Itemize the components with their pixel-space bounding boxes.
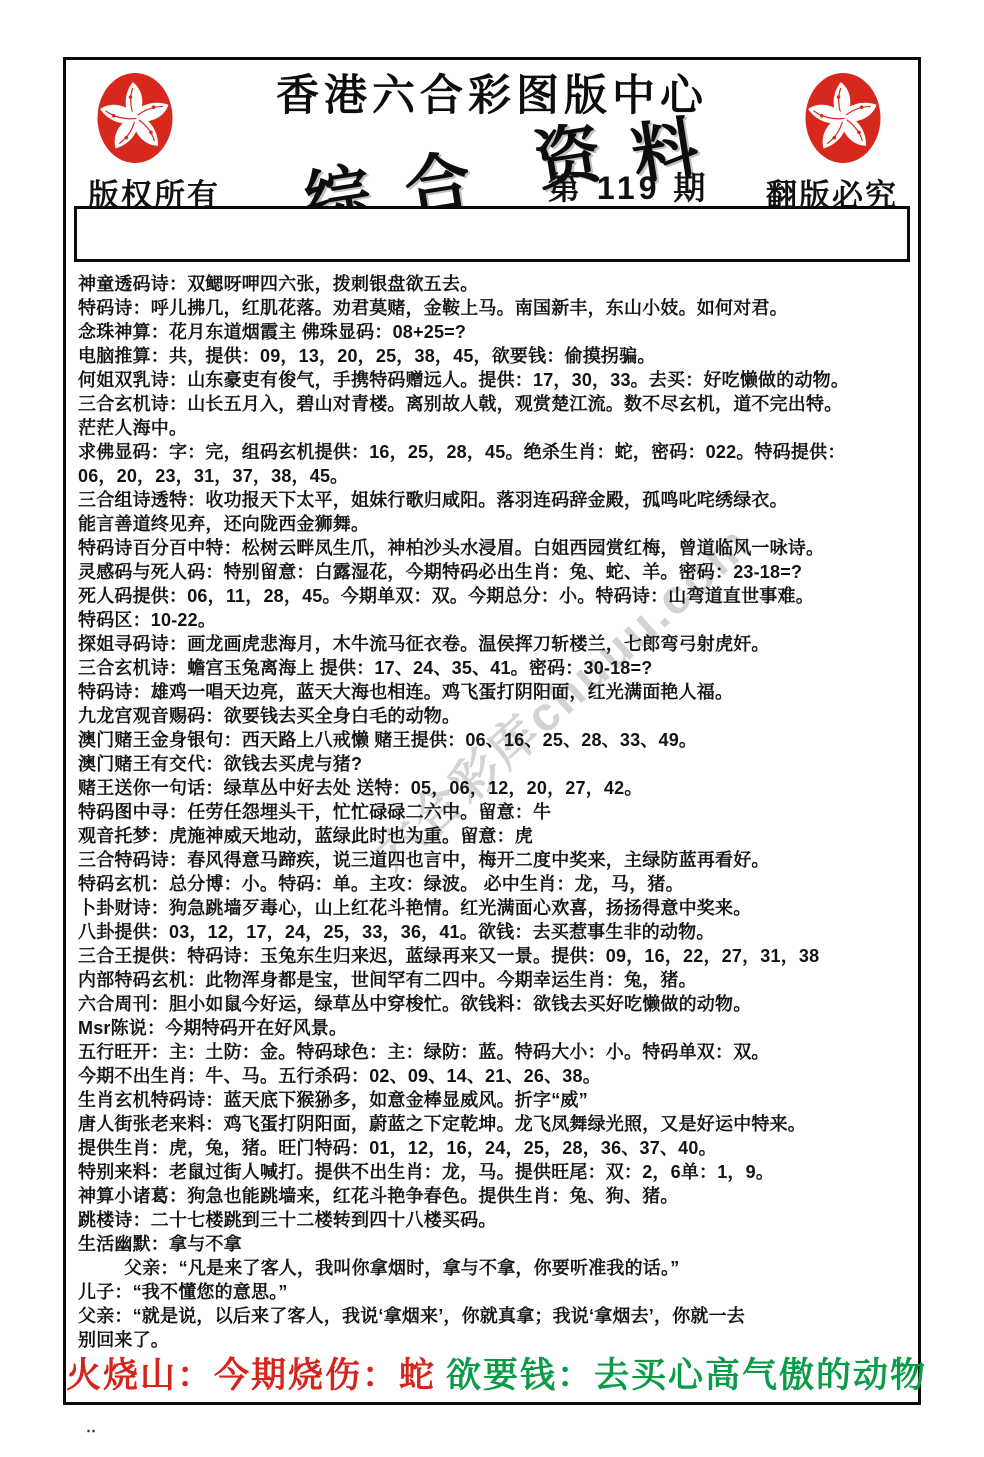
body-line: 电脑推算：共，提供：09，13，20，25，38，45，欲要钱：偷摸拐骗。 [78, 344, 910, 368]
body-line: 澳门赌王金身银句：西天路上八戒懒 赌王提供：06、16、25、28、33、49。 [78, 728, 910, 752]
body-line: 观音托梦：虎施神威天地动，蓝绿此时也为重。留意：虎 [78, 824, 910, 848]
body-line: 提供生肖：虎，兔，猪。旺门特码：01，12，16，24，25，28，36、37、… [78, 1136, 910, 1160]
body-line: 死人码提供：06，11，28，45。今期单双：双。今期总分：小。特码诗：山弯道直… [78, 584, 910, 608]
body-line: 茫茫人海中。 [78, 416, 910, 440]
body-line: 唐人街张老来料：鸡飞蛋打阴阳面，蔚蓝之下定乾坤。龙飞凤舞绿光照，又是好运中特来。 [78, 1112, 910, 1136]
body-line: 特码玄机：总分博：小。特码：单。主攻：绿波。 必中生肖：龙，马，猪。 [78, 872, 910, 896]
blank-results-box [74, 206, 910, 262]
body-line: 今期不出生肖：牛、马。五行杀码：02、09、14、21、26、38。 [78, 1064, 910, 1088]
body-line: 特码诗：呼儿拂几，红肌花落。劝君莫赌，金鞍上马。南国新丰，东山小妓。如何对君。 [78, 296, 910, 320]
body-line: 三合组诗透特：收功报天下太平，姐妹行歌归咸阳。落羽连码辞金殿，孤鸣叱咤绣绿衣。 [78, 488, 910, 512]
body-line: 06，20，23，31，37，38，45。 [78, 464, 910, 488]
body-line: 生活幽默：拿与不拿 [78, 1232, 910, 1256]
body-line: 灵感码与死人码：特别留意：白露湿花，今期特码必出生肖：兔、蛇、羊。密码：23-1… [78, 560, 910, 584]
body-line: 探姐寻码诗：画龙画虎悲海月，木牛流马征衣卷。温侯挥刀斩楼兰，七郎弯弓射虎奸。 [78, 632, 910, 656]
body-line: 卜卦财诗：狗急跳墙歹毒心，山上红花斗艳情。红光满面心欢喜，扬扬得意中奖来。 [78, 896, 910, 920]
body-line: 神童透码诗：双鳃呀呷四六张，拨刺银盘欲五去。 [78, 272, 910, 296]
footer-green-text: 欲要钱：去买心高气傲的动物 [436, 1356, 927, 1395]
body-line: 三合玄机诗：山长五月入，碧山对青楼。离别故人戟，观赏楚江流。数不尽玄机，道不完出… [78, 392, 910, 416]
body-line: 澳门赌王有交代：欲钱去买虎与猪? [78, 752, 910, 776]
page: { "header": { "org": "香港六合彩图版中心", "title… [0, 0, 984, 1457]
body-line: 求佛显码：字：完，组码玄机提供：16，25，28，45。绝杀生肖：蛇，密码：02… [78, 440, 910, 464]
page-dots: ‥ [86, 1418, 100, 1436]
body-line: 能言善道终见弃，还向陇西金狮舞。 [78, 512, 910, 536]
body-line: 父亲：“凡是来了客人，我叫你拿烟时，拿与不拿，你要听准我的话。” [78, 1256, 910, 1280]
footer-highlight: 火烧山：今期烧伤：蛇欲要钱：去买心高气傲的动物 [66, 1348, 918, 1398]
body-line: 跳楼诗：二十七楼跳到三十二楼转到四十八楼买码。 [78, 1208, 910, 1232]
body-text: 神童透码诗：双鳃呀呷四六张，拨刺银盘欲五去。特码诗：呼儿拂几，红肌花落。劝君莫赌… [78, 272, 910, 1352]
body-line: 赌王送你一句话：绿草丛中好去处 送特：05，06，12，20，27，42。 [78, 776, 910, 800]
body-line: 父亲：“就是说，以后来了客人，我说‘拿烟来’，你就真拿；我说‘拿烟去’，你就一去 [78, 1304, 910, 1328]
body-line: 特码诗百分百中特：松树云畔凤生爪，神柏沙头水浸眉。白姐西园赏红梅，曾道临风一咏诗… [78, 536, 910, 560]
document-frame: 香港六合彩图版中心 综 合 资 料 第 119 期 版权所有 翻版必究 神童透码… [63, 57, 921, 1405]
footer-red-text: 火烧山：今期烧伤：蛇 [66, 1356, 436, 1395]
body-line: 神算小诸葛：狗急也能跳墙来，红花斗艳争春色。提供生肖：兔、狗、猪。 [78, 1184, 910, 1208]
body-line: 特码图中寻：任劳任怨埋头干，忙忙碌碌二六中。留意：牛 [78, 800, 910, 824]
body-line: 五行旺开：主：土防：金。特码球色：主：绿防：蓝。特码大小：小。特码单双：双。 [78, 1040, 910, 1064]
body-line: 特码区：10-22。 [78, 608, 910, 632]
body-line: 特码诗：雄鸡一唱天边亮，蓝天大海也相连。鸡飞蛋打阴阳面，红光满面艳人福。 [78, 680, 910, 704]
body-line: 内部特码玄机：此物浑身都是宝，世间罕有二四中。今期幸运生肖：兔，猪。 [78, 968, 910, 992]
body-line: 生肖玄机特码诗：蓝天底下猴狲多，如意金棒显威风。折字“威” [78, 1088, 910, 1112]
body-line: 三合王提供：特码诗：玉兔东生归来迟，蓝绿再来又一景。提供：09，16，22，27… [78, 944, 910, 968]
body-line: 特别来料：老鼠过街人喊打。提供不出生肖：龙，马。提供旺尾：双：2，6单：1，9。 [78, 1160, 910, 1184]
body-line: 念珠神算：花月东道烟霞主 佛珠显码：08+25=? [78, 320, 910, 344]
body-line: 何姐双乳诗：山东豪吏有俊气，手携特码赠远人。提供：17，30，33。去买：好吃懒… [78, 368, 910, 392]
body-line: Msr陈说：今期特码开在好风景。 [78, 1016, 910, 1040]
body-line: 三合玄机诗：蟾宫玉兔离海上 提供：17、24、35、41。密码：30-18=? [78, 656, 910, 680]
body-line: 儿子：“我不懂您的意思。” [78, 1280, 910, 1304]
body-line: 八卦提供：03，12，17，24，25，33，36，41。欲钱：去买惹事生非的动… [78, 920, 910, 944]
org-title: 香港六合彩图版中心 [66, 62, 918, 123]
body-line: 六合周刊：胆小如鼠今好运，绿草丛中穿梭忙。欲钱料：欲钱去买好吃懒做的动物。 [78, 992, 910, 1016]
issue-number: 第 119 期 [548, 163, 709, 209]
body-line: 三合特码诗：春风得意马蹄疾，说三道四也言中，梅开二度中奖来，主绿防蓝再看好。 [78, 848, 910, 872]
body-line: 九龙宫观音赐码：欲要钱去买全身白毛的动物。 [78, 704, 910, 728]
